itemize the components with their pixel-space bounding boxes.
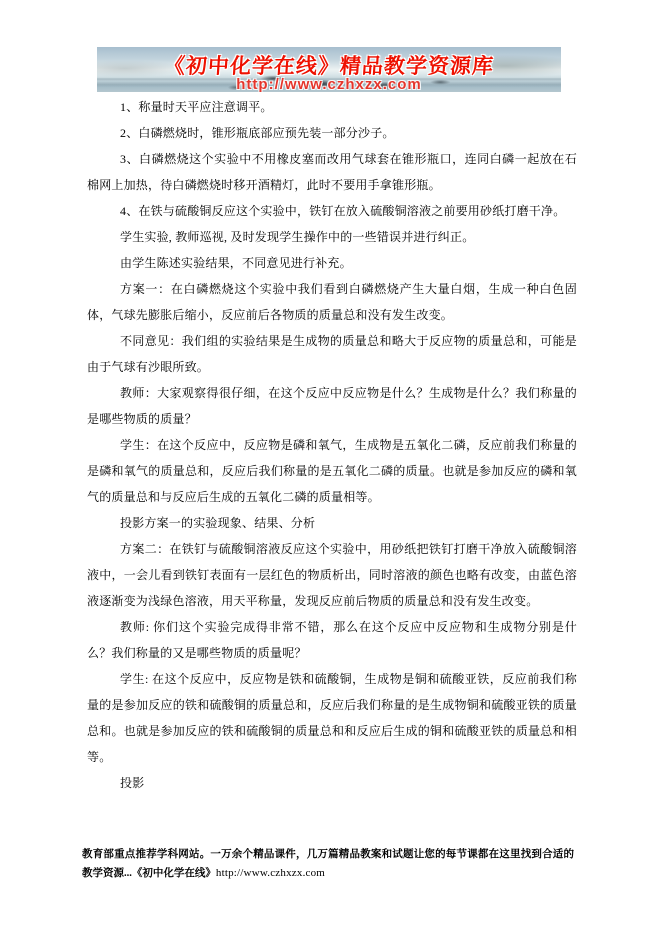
paragraph-tip-2: 2、白磷燃烧时，锥形瓶底部应预先装一部分沙子。 xyxy=(87,120,577,146)
paragraph-plan-1: 方案一：在白磷燃烧这个实验中我们看到白磷燃烧产生大量白烟，生成一种白色固体，气球… xyxy=(87,276,577,328)
paragraph-tip-4: 4、在铁与硫酸铜反应这个实验中，铁钉在放入硫酸铜溶液之前要用砂纸打磨干净。 xyxy=(87,198,577,224)
paragraph-student-1: 学生：在这个反应中，反应物是磷和氧气，生成物是五氧化二磷，反应前我们称量的是磷和… xyxy=(87,432,577,510)
paragraph-summary-note: 由学生陈述实验结果，不同意见进行补充。 xyxy=(87,250,577,276)
paragraph-student-2: 学生: 在这个反应中，反应物是铁和硫酸铜，生成物是铜和硫酸亚铁，反应前我们称量的… xyxy=(87,666,577,770)
site-banner: 《初中化学在线》精品教学资源库 http://www.czhxzx.com xyxy=(97,47,561,92)
paragraph-projection-2: 投影 xyxy=(87,770,577,796)
paragraph-dissent: 不同意见：我们组的实验结果是生成物的质量总和略大于反应物的质量总和，可能是由于气… xyxy=(87,328,577,380)
paragraph-plan-2: 方案二：在铁钉与硫酸铜溶液反应这个实验中，用砂纸把铁钉打磨干净放入硫酸铜溶液中，… xyxy=(87,536,577,614)
footer-url: http://www.czhxzx.com xyxy=(216,867,325,879)
document-page: 《初中化学在线》精品教学资源库 http://www.czhxzx.com 1、… xyxy=(0,0,661,935)
paragraph-activity: 学生实验, 教师巡视, 及时发现学生操作中的一些错误并进行纠正。 xyxy=(87,224,577,250)
footer-site-name: 《初中化学在线》 xyxy=(132,868,216,879)
paragraph-tip-3: 3、白磷燃烧这个实验中不用橡皮塞而改用气球套在锥形瓶口，连同白磷一起放在石棉网上… xyxy=(87,146,577,198)
document-body: 1、称量时天平应注意调平。 2、白磷燃烧时，锥形瓶底部应预先装一部分沙子。 3、… xyxy=(87,94,577,796)
paragraph-tip-1: 1、称量时天平应注意调平。 xyxy=(87,94,577,120)
paragraph-teacher-1: 教师：大家观察得很仔细，在这个反应中反应物是什么？生成物是什么？我们称量的是哪些… xyxy=(87,380,577,432)
page-footer: 教育部重点推荐学科网站。一万余个精品课件，几万篇精品教案和试题让您的每节课都在这… xyxy=(82,846,574,883)
banner-site-url: http://www.czhxzx.com xyxy=(97,76,561,92)
paragraph-projection-1: 投影方案一的实验现象、结果、分析 xyxy=(87,510,577,536)
paragraph-teacher-2: 教师: 你们这个实验完成得非常不错，那么在这个反应中反应物和生成物分别是什么？我… xyxy=(87,614,577,666)
